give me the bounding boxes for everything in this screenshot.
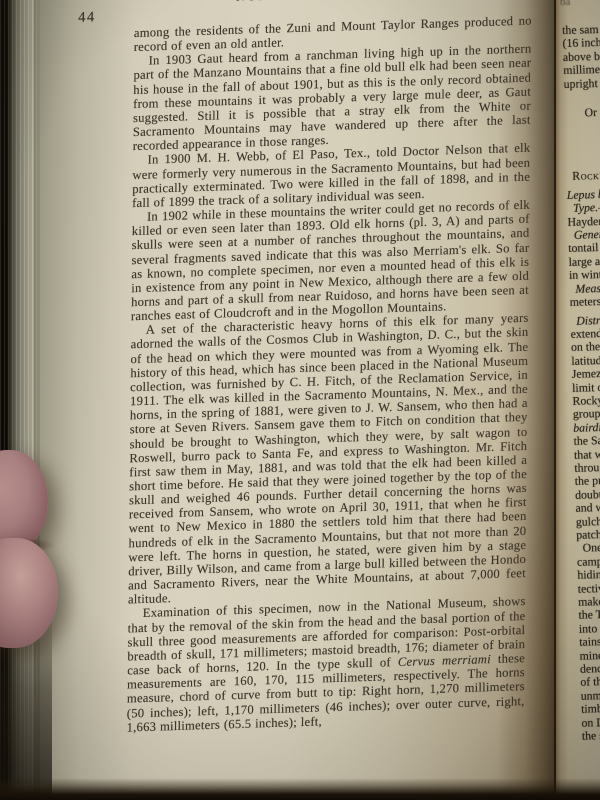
facing-page-line-fragment: Or [584, 106, 600, 120]
text-block: 44 NORTH AM among the residents of the Z… [127, 13, 532, 734]
facing-page-line-fragment: tains [579, 635, 600, 650]
left-page: 44 NORTH AM among the residents of the Z… [6, 0, 554, 794]
running-head: NORTH AM [236, 0, 319, 4]
facing-page-top-fragment: ba [560, 0, 570, 8]
bottom-edge-shadow [0, 778, 600, 800]
facing-page-line-fragment: upright [563, 76, 600, 91]
gutter-shadow [498, 0, 562, 794]
facing-page-line-fragment: timber [581, 702, 600, 717]
facing-page-line-fragment: meters. [570, 295, 600, 310]
facing-page-line-fragment: Rocky [572, 169, 600, 183]
facing-page-line-fragment: hiding [577, 568, 600, 583]
bottom-left-corner-shade [0, 600, 52, 800]
paragraphs-container: among the residents of the Zuni and Moun… [127, 13, 532, 734]
facing-page: ba the sam(16 inchabove bmillimeuprightO… [556, 0, 600, 794]
page-number: 44 [78, 10, 96, 25]
book-photo: 44 NORTH AM among the residents of the Z… [0, 0, 600, 800]
paragraph: In 1902 while in these mountains the wri… [131, 198, 530, 324]
paragraph: In 1903 Gaut heard from a ranchman livin… [133, 42, 532, 154]
facing-page-text-column: the sam(16 inchabove bmillimeuprightOrRo… [562, 23, 600, 743]
paragraph: A set of the characteristic heavy horns … [128, 311, 529, 607]
facing-page-line-fragment: the sa [582, 729, 600, 744]
facing-page-line-fragment: and w [575, 501, 600, 516]
paragraph: Examination of this specimen, now in the… [127, 594, 526, 734]
